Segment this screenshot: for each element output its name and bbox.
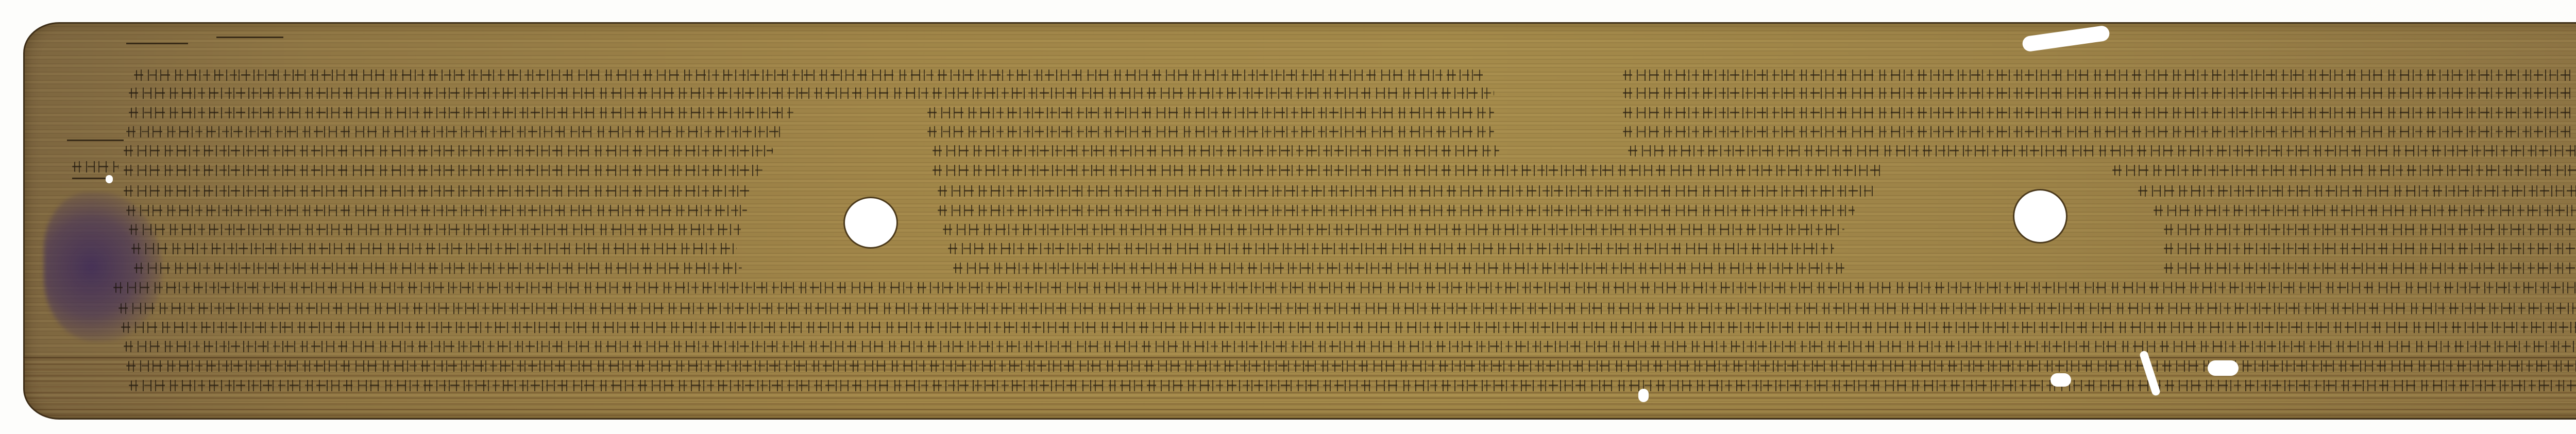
bottom-edge-tear: [2208, 360, 2239, 376]
text-line: [1623, 70, 2576, 81]
text-line: [2112, 165, 2576, 176]
bottom-edge-tear: [1638, 389, 1649, 402]
text-line: [938, 205, 1855, 216]
text-line: [129, 380, 2576, 391]
text-line: [1628, 145, 2576, 157]
text-line: [2164, 243, 2576, 254]
text-line: [2164, 263, 2576, 274]
text-line: [953, 263, 1844, 274]
palm-leaf: [23, 22, 2576, 420]
text-line: [2164, 224, 2576, 235]
text-line: [134, 70, 1484, 81]
text-line: [948, 243, 1834, 254]
text-line: [2154, 205, 2576, 216]
text-line: [2138, 185, 2576, 197]
margin-rule: [216, 37, 283, 38]
text-line: [927, 126, 1494, 137]
text-line: [129, 107, 793, 118]
text-line: [124, 165, 762, 176]
text-line: [121, 322, 2576, 333]
text-line: [124, 185, 752, 197]
text-line: [124, 145, 773, 157]
text-line: [126, 126, 783, 137]
text-line: [938, 185, 1875, 197]
text-line: [1623, 107, 2576, 118]
manuscript-page: 2 6 5 266: [0, 0, 2576, 434]
text-line: [1623, 88, 2576, 99]
text-line: [118, 303, 2576, 314]
text-line: [933, 145, 1499, 157]
text-line: [129, 224, 742, 235]
margin-note: [72, 161, 118, 172]
margin-rule: [72, 178, 108, 179]
text-line: [1623, 126, 2576, 137]
margin-rule: [67, 140, 124, 141]
text-line: [126, 205, 747, 216]
text-line: [129, 88, 1494, 99]
text-line: [124, 341, 2576, 352]
text-line: [131, 243, 737, 254]
text-line: [943, 224, 1844, 235]
text-line: [113, 282, 2576, 293]
margin-rule: [126, 43, 188, 44]
string-hole-left: [845, 198, 896, 247]
bottom-edge-tear: [2050, 373, 2071, 387]
text-line: [927, 107, 1494, 118]
text-line: [134, 263, 742, 274]
small-hole: [106, 175, 113, 183]
text-line: [933, 165, 1886, 176]
string-hole-right: [2014, 190, 2066, 242]
